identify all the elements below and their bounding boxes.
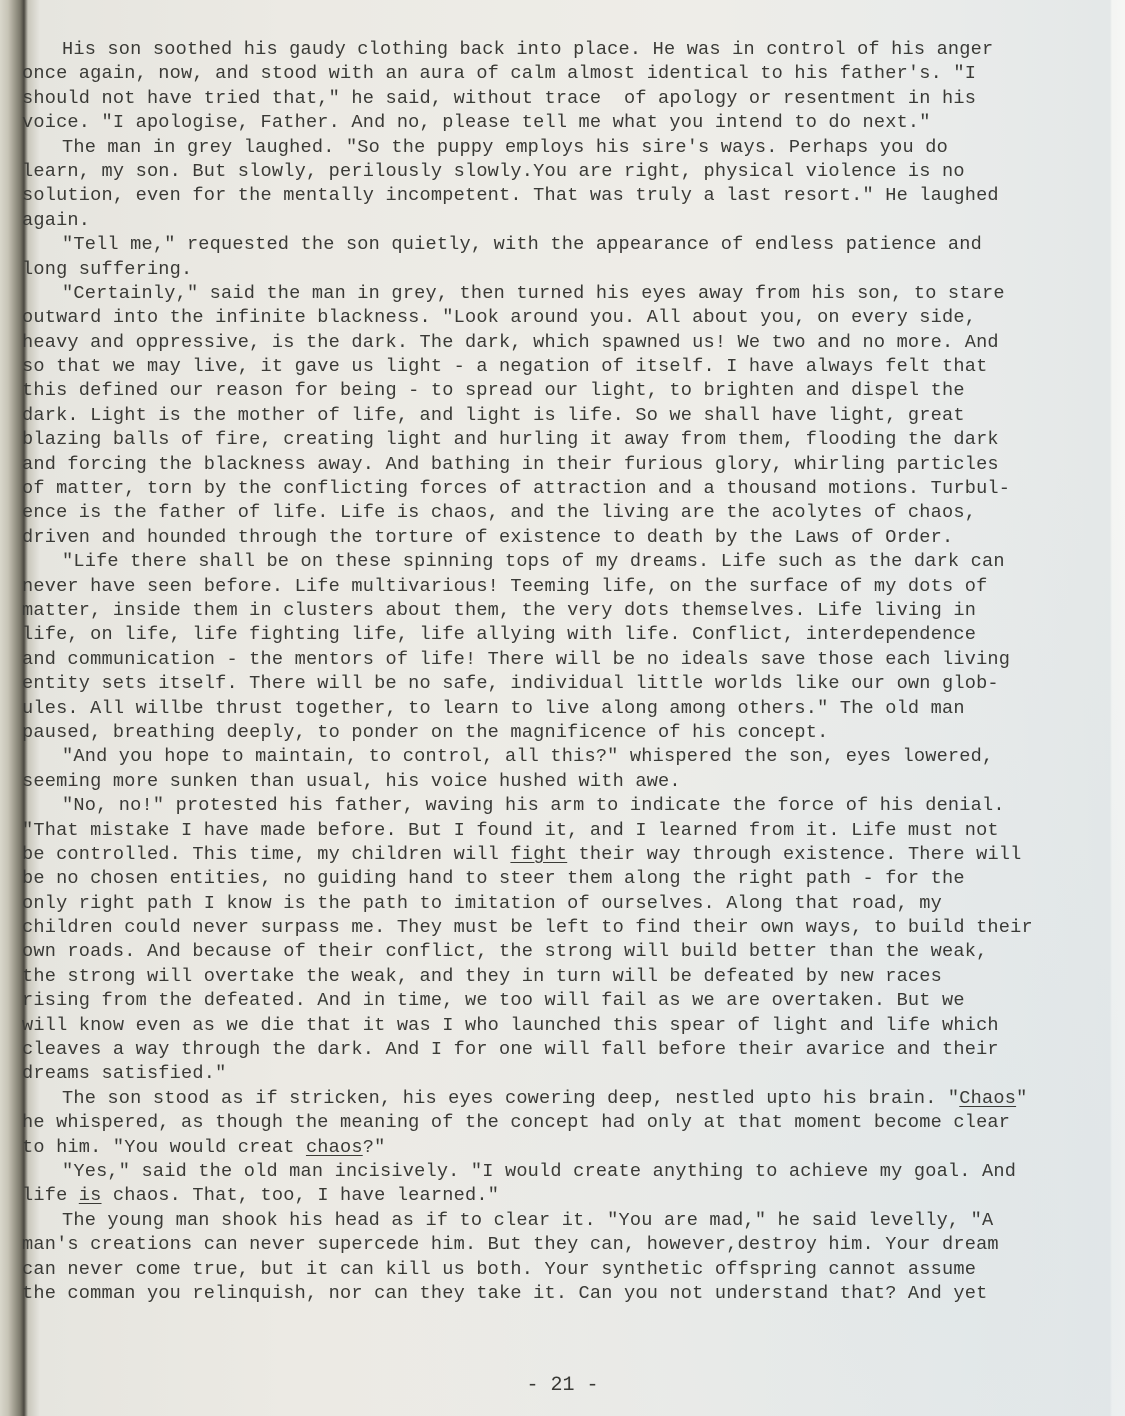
text-line: again.: [22, 209, 1112, 233]
text-line: ence is the father of life. Life is chao…: [22, 501, 1112, 525]
text-line: man's creations can never supercede him.…: [22, 1233, 1112, 1257]
text-line: The young man shook his head as if to cl…: [22, 1209, 1112, 1233]
text-line: only right path I know is the path to im…: [22, 892, 1112, 916]
page-body-text: His son soothed his gaudy clothing back …: [22, 38, 1112, 1306]
text-line: "No, no!" protested his father, waving h…: [22, 794, 1112, 818]
text-line: can never come true, but it can kill us …: [22, 1258, 1112, 1282]
text-line: seeming more sunken than usual, his voic…: [22, 770, 1112, 794]
underlined-word: chaos: [306, 1137, 363, 1158]
underlined-word: fight: [510, 844, 567, 865]
text-line: will know even as we die that it was I w…: [22, 1014, 1112, 1038]
text-line: he whispered, as though the meaning of t…: [22, 1111, 1112, 1135]
text-line: of matter, torn by the conflicting force…: [22, 477, 1112, 501]
text-line: "That mistake I have made before. But I …: [22, 819, 1112, 843]
text-line: voice. "I apologise, Father. And no, ple…: [22, 111, 1112, 135]
text-line: "Tell me," requested the son quietly, wi…: [22, 233, 1112, 257]
text-segment: The son stood as if stricken, his eyes c…: [62, 1088, 959, 1109]
text-line: and communication - the mentors of life!…: [22, 648, 1112, 672]
text-line: and forcing the blackness away. And bath…: [22, 453, 1112, 477]
text-line: life, on life, life fighting life, life …: [22, 623, 1112, 647]
text-line: "Yes," said the old man incisively. "I w…: [22, 1160, 1112, 1184]
text-line: blazing balls of fire, creating light an…: [22, 428, 1112, 452]
text-line: this defined our reason for being - to s…: [22, 379, 1112, 403]
text-line: matter, inside them in clusters about th…: [22, 599, 1112, 623]
text-line: long suffering.: [22, 258, 1112, 282]
text-line: be no chosen entities, no guiding hand t…: [22, 867, 1112, 891]
text-line: outward into the infinite blackness. "Lo…: [22, 306, 1112, 330]
text-segment: ?": [363, 1137, 386, 1158]
text-line: children could never surpass me. They mu…: [22, 916, 1112, 940]
text-line: "Life there shall be on these spinning t…: [22, 550, 1112, 574]
text-line: dark. Light is the mother of life, and l…: [22, 404, 1112, 428]
text-line: ules. All willbe thrust together, to lea…: [22, 697, 1112, 721]
text-line: "And you hope to maintain, to control, a…: [22, 745, 1112, 769]
text-line: solution, even for the mentally incompet…: [22, 184, 1112, 208]
text-line: once again, now, and stood with an aura …: [22, 62, 1112, 86]
text-line: should not have tried that," he said, wi…: [22, 87, 1112, 111]
text-line: to him. "You would creat chaos?": [22, 1136, 1112, 1160]
text-line: own roads. And because of their conflict…: [22, 940, 1112, 964]
text-line: dreams satisfied.": [22, 1062, 1112, 1086]
page-number: - 21 -: [0, 1374, 1125, 1397]
text-segment: ": [1016, 1088, 1027, 1109]
text-line: the comman you relinquish, nor can they …: [22, 1282, 1112, 1306]
text-line: life is chaos. That, too, I have learned…: [22, 1184, 1112, 1208]
underlined-word: is: [79, 1185, 102, 1206]
text-line: the strong will overtake the weak, and t…: [22, 965, 1112, 989]
text-line: paused, breathing deeply, to ponder on t…: [22, 721, 1112, 745]
text-line: The man in grey laughed. "So the puppy e…: [22, 136, 1112, 160]
text-line: driven and hounded through the torture o…: [22, 526, 1112, 550]
text-segment: life: [22, 1185, 79, 1206]
text-line: heavy and oppressive, is the dark. The d…: [22, 331, 1112, 355]
text-line: rising from the defeated. And in time, w…: [22, 989, 1112, 1013]
scanned-typewritten-page: His son soothed his gaudy clothing back …: [0, 0, 1125, 1416]
text-line: The son stood as if stricken, his eyes c…: [22, 1087, 1112, 1111]
underlined-word: Chaos: [959, 1088, 1016, 1109]
text-segment: to him. "You would creat: [22, 1137, 306, 1158]
text-line: His son soothed his gaudy clothing back …: [22, 38, 1112, 62]
text-segment: chaos. That, too, I have learned.": [102, 1185, 500, 1206]
text-line: be controlled. This time, my children wi…: [22, 843, 1112, 867]
text-line: never have seen before. Life multivariou…: [22, 575, 1112, 599]
text-segment: be controlled. This time, my children wi…: [22, 844, 510, 865]
text-line: learn, my son. But slowly, perilously sl…: [22, 160, 1112, 184]
text-line: "Certainly," said the man in grey, then …: [22, 282, 1112, 306]
text-line: entity sets itself. There will be no saf…: [22, 672, 1112, 696]
text-segment: their way through existence. There will: [567, 844, 1021, 865]
text-line: cleaves a way through the dark. And I fo…: [22, 1038, 1112, 1062]
text-line: so that we may live, it gave us light - …: [22, 355, 1112, 379]
